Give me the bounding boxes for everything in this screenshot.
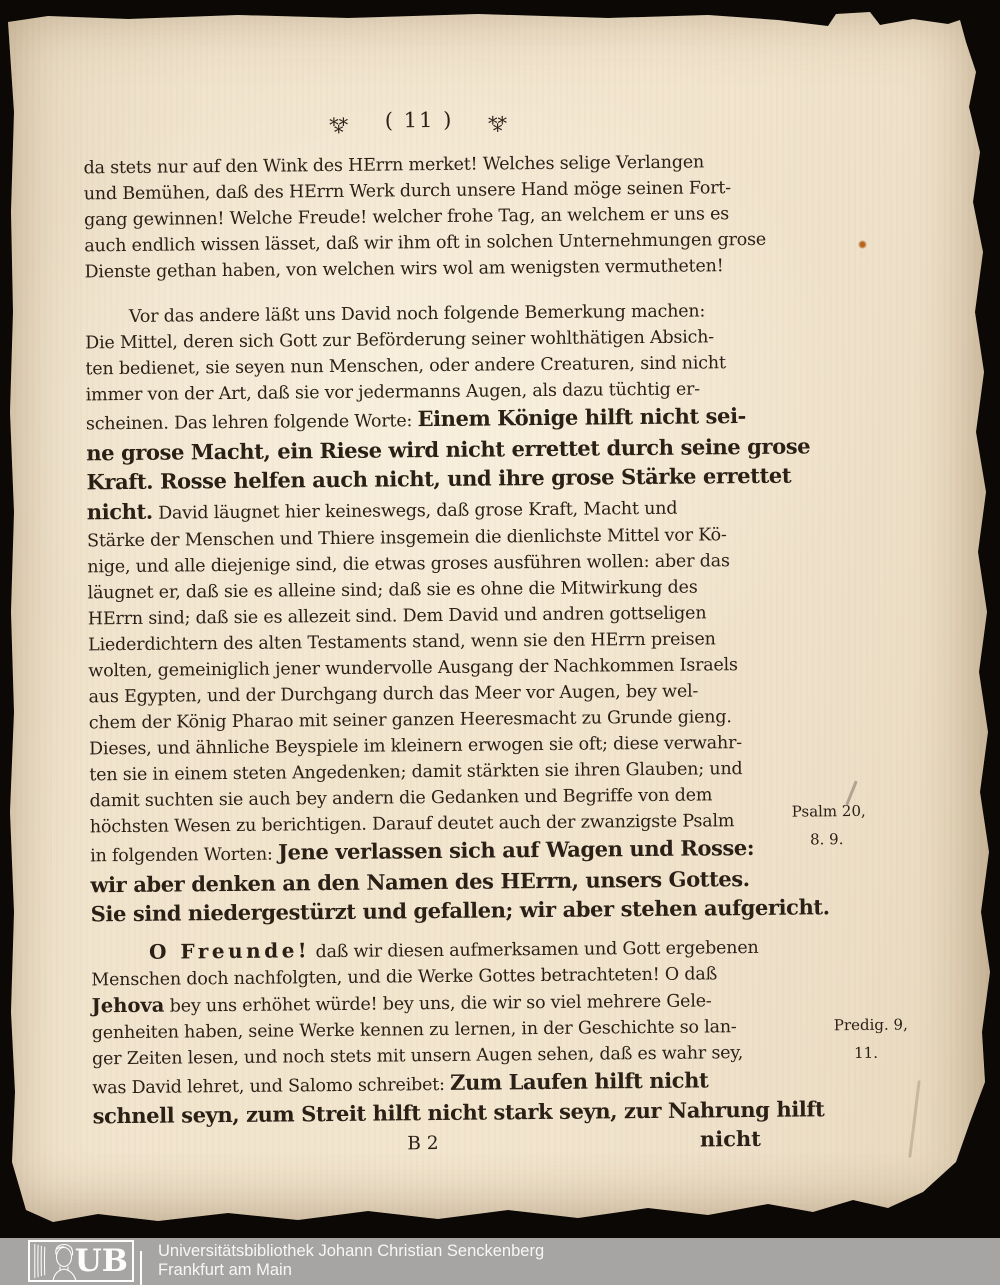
text-segment: nige, und alle diejenige sind, die etwas… bbox=[87, 551, 730, 577]
margin-note: Predig. 9, bbox=[834, 1016, 908, 1035]
text-segment: immer von der Art, daß sie vor jedermann… bbox=[86, 379, 700, 405]
text-segment: gang gewinnen! Welche Freude! welcher fr… bbox=[84, 204, 729, 230]
body-text: da stets nur auf den Wink des HErrn merk… bbox=[83, 149, 792, 1132]
logo-separator bbox=[140, 1251, 142, 1285]
text-segment: Die Mittel, deren sich Gott zur Beförder… bbox=[85, 327, 714, 353]
asterisk-ornament-left: ⁂ bbox=[329, 113, 350, 135]
text-segment: da stets nur auf den Wink des HErrn merk… bbox=[83, 152, 704, 178]
library-name-line1: Universitätsbibliothek Johann Christian … bbox=[158, 1242, 544, 1261]
ub-acronym: UB bbox=[75, 1242, 128, 1280]
text-segment: höchsten Wesen zu berichtigen. Darauf de… bbox=[90, 811, 735, 837]
text-segment: Zum Laufen hilft nicht bbox=[450, 1067, 708, 1094]
text-segment: Menschen doch nachfolgten, und die Werke… bbox=[91, 964, 717, 990]
text-segment: Einem Könige hilft nicht sei- bbox=[417, 403, 746, 431]
text-column: ⁂ ( 11 ) ⁂ da stets nur auf den Wink des… bbox=[83, 97, 793, 1164]
text-segment: nicht. bbox=[87, 498, 153, 524]
library-footer-bar: UB Universitätsbibliothek Johann Christi… bbox=[0, 1238, 1000, 1285]
margin-note: Psalm 20, bbox=[792, 802, 866, 821]
paper-scratch bbox=[908, 1080, 920, 1158]
text-segment: ne grose Macht, ein Riese wird nicht err… bbox=[86, 433, 810, 465]
paragraph: O Freunde! daß wir diesen aufmerksamen u… bbox=[91, 933, 793, 1132]
text-segment: was David lehret, und Salomo schreibet: bbox=[92, 1074, 450, 1097]
text-segment: wolten, gemeiniglich jener wundervolle A… bbox=[88, 655, 738, 681]
margin-note: 8. 9. bbox=[810, 830, 844, 848]
book-page: ⁂ ( 11 ) ⁂ da stets nur auf den Wink des… bbox=[8, 12, 990, 1228]
text-segment: schnell seyn, zum Streit hilft nicht sta… bbox=[93, 1096, 825, 1128]
fox-spot-stain bbox=[858, 240, 867, 249]
text-segment: Liederdichtern des alten Testaments stan… bbox=[88, 629, 716, 655]
margin-note: 11. bbox=[854, 1044, 878, 1062]
text-segment: ten sie in einem steten Angedenken; dami… bbox=[89, 759, 742, 785]
text-segment: aus Egypten, und der Durchgang durch das… bbox=[89, 682, 699, 708]
ub-library-logo: UB bbox=[28, 1240, 134, 1282]
scan-viewer: ⁂ ( 11 ) ⁂ da stets nur auf den Wink des… bbox=[0, 0, 1000, 1285]
text-segment: damit suchten sie auch bey andern die Ge… bbox=[90, 785, 713, 811]
text-segment: ten bedienet, sie seyen nun Menschen, od… bbox=[85, 353, 725, 379]
page-number: ( 11 ) bbox=[385, 108, 454, 133]
text-segment: genheiten haben, seine Werke kennen zu l… bbox=[92, 1017, 737, 1043]
text-segment: Dienste gethan haben, von welchen wirs w… bbox=[84, 256, 723, 282]
text-segment: Kraft. Rosse helfen auch nicht, und ihre… bbox=[86, 463, 791, 495]
library-name-line2: Frankfurt am Main bbox=[158, 1261, 544, 1280]
catchword: nicht bbox=[700, 1125, 761, 1151]
text-segment: HErrn sind; daß sie es allezeit sind. De… bbox=[88, 603, 707, 629]
gathering-signature: B 2 bbox=[93, 1130, 753, 1157]
text-line: schnell seyn, zum Streit hilft nicht sta… bbox=[93, 1096, 793, 1132]
text-segment: O Freunde! bbox=[149, 938, 310, 964]
page-header: ⁂ ( 11 ) ⁂ bbox=[83, 105, 783, 146]
text-segment: chem der König Pharao mit seiner ganzen … bbox=[89, 707, 732, 733]
text-segment: scheinen. Das lehren folgende Worte: bbox=[86, 411, 418, 434]
text-segment: Sie sind niedergestürzt und gefallen; wi… bbox=[91, 894, 830, 926]
margin-notes: Psalm 20,8. 9.Predig. 9,11. bbox=[785, 95, 915, 96]
text-segment: in folgenden Worten: bbox=[90, 845, 278, 867]
text-line: Sie sind niedergestürzt und gefallen; wi… bbox=[91, 894, 791, 930]
text-segment: wir aber denken an den Namen des HErrn, … bbox=[90, 866, 749, 897]
library-name: Universitätsbibliothek Johann Christian … bbox=[158, 1242, 544, 1279]
text-segment: Stärke der Menschen und Thiere insgemein… bbox=[87, 525, 727, 551]
text-segment: läugnet er, daß sie es alleine sind; daß… bbox=[88, 578, 698, 604]
asterisk-ornament-right: ⁂ bbox=[488, 111, 509, 133]
text-segment: Dieses, und ähnliche Beyspiele im kleine… bbox=[89, 733, 742, 759]
text-line: Dienste gethan haben, von welchen wirs w… bbox=[84, 253, 784, 286]
text-segment: auch endlich wissen lässet, daß wir ihm … bbox=[84, 230, 766, 257]
paragraph: Vor das andere läßt uns David noch folge… bbox=[85, 298, 791, 930]
text-segment: daß wir diesen aufmerksamen und Gott erg… bbox=[310, 937, 759, 961]
text-segment: ger Zeiten lesen, und noch stets mit uns… bbox=[92, 1043, 743, 1069]
text-segment: Jehova bbox=[91, 993, 164, 1017]
text-segment: Jene verlassen sich auf Wagen und Rosse: bbox=[278, 835, 754, 865]
text-segment: Vor das andere läßt uns David noch folge… bbox=[129, 301, 705, 327]
text-segment: David läugnet hier keineswegs, daß grose… bbox=[153, 498, 678, 523]
paragraph: da stets nur auf den Wink des HErrn merk… bbox=[83, 149, 784, 286]
signature-row: B 2 nicht bbox=[93, 1129, 793, 1164]
text-segment: bey uns erhöhet würde! bey uns, die wir … bbox=[164, 991, 711, 1016]
text-segment: und Bemühen, daß des HErrn Werk durch un… bbox=[84, 178, 731, 204]
